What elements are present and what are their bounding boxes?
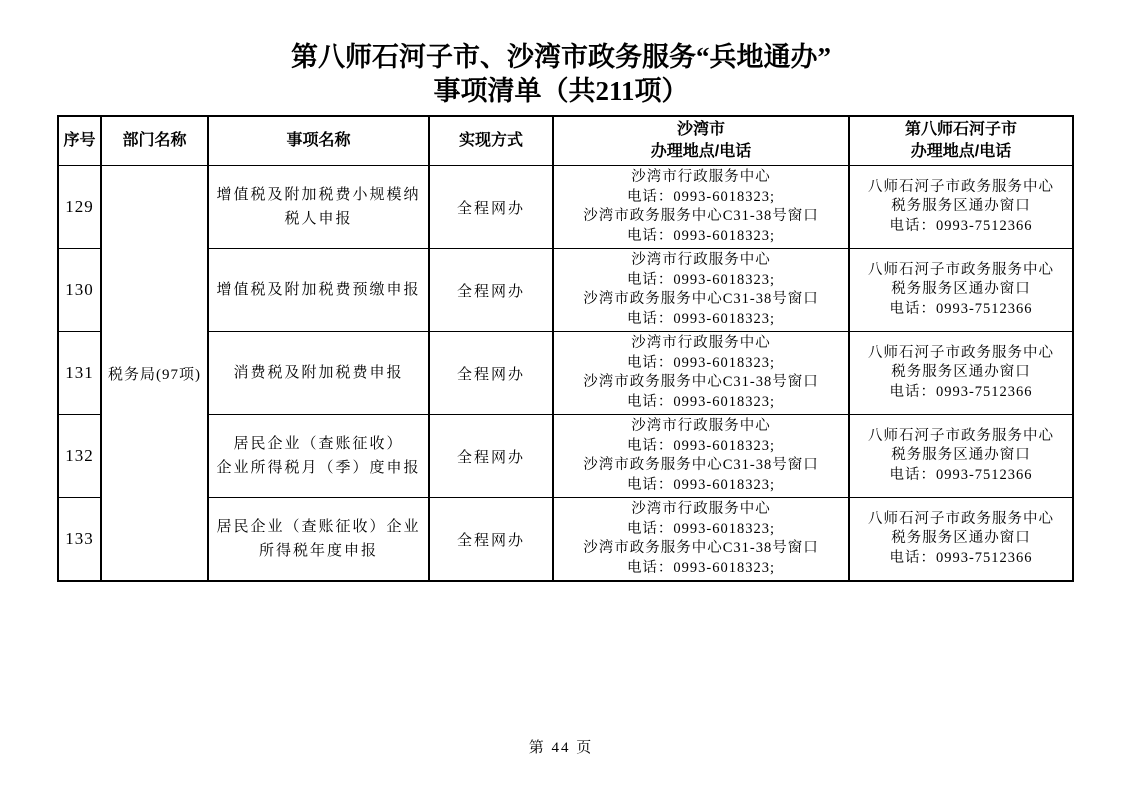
method-cell: 全程网办	[429, 498, 553, 582]
row-index: 130	[58, 249, 101, 332]
header-shawan: 沙湾市 办理地点/电话	[553, 116, 849, 166]
header-shihezi: 第八师石河子市 办理地点/电话	[849, 116, 1073, 166]
header-index: 序号	[58, 116, 101, 166]
item-name-cell: 增值税及附加税费小规模纳 税人申报	[208, 166, 429, 249]
shawan-location-cell: 沙湾市行政服务中心 电话：0993-6018323; 沙湾市政务服务中心C31-…	[553, 415, 849, 498]
shihezi-location-cell: 八师石河子市政务服务中心 税务服务区通办窗口 电话：0993-7512366	[849, 249, 1073, 332]
table-row: 129 税务局(97项) 增值税及附加税费小规模纳 税人申报 全程网办 沙湾市行…	[58, 166, 1073, 249]
item-name-cell: 消费税及附加税费申报	[208, 332, 429, 415]
item-name-cell: 增值税及附加税费预缴申报	[208, 249, 429, 332]
shihezi-location-cell: 八师石河子市政务服务中心 税务服务区通办窗口 电话：0993-7512366	[849, 332, 1073, 415]
shawan-location-cell: 沙湾市行政服务中心 电话：0993-6018323; 沙湾市政务服务中心C31-…	[553, 249, 849, 332]
item-name-cell: 居民企业（查账征收）企业 所得税年度申报	[208, 498, 429, 582]
page-number: 第 44 页	[0, 736, 1122, 757]
document-title-line1: 第八师石河子市、沙湾市政务服务“兵地通办”	[0, 40, 1122, 74]
document-title-line2: 事项清单（共211项）	[0, 74, 1122, 108]
shawan-location-cell: 沙湾市行政服务中心 电话：0993-6018323; 沙湾市政务服务中心C31-…	[553, 166, 849, 249]
table-row: 132 居民企业（查账征收） 企业所得税月（季）度申报 全程网办 沙湾市行政服务…	[58, 415, 1073, 498]
item-name-cell: 居民企业（查账征收） 企业所得税月（季）度申报	[208, 415, 429, 498]
department-cell: 税务局(97项)	[101, 166, 208, 582]
document-page: 第八师石河子市、沙湾市政务服务“兵地通办” 事项清单（共211项） 序号 部门名…	[0, 0, 1122, 793]
shihezi-location-cell: 八师石河子市政务服务中心 税务服务区通办窗口 电话：0993-7512366	[849, 498, 1073, 582]
table-row: 130 增值税及附加税费预缴申报 全程网办 沙湾市行政服务中心 电话：0993-…	[58, 249, 1073, 332]
header-department: 部门名称	[101, 116, 208, 166]
shawan-location-cell: 沙湾市行政服务中心 电话：0993-6018323; 沙湾市政务服务中心C31-…	[553, 332, 849, 415]
method-cell: 全程网办	[429, 415, 553, 498]
row-index: 133	[58, 498, 101, 582]
shihezi-location-cell: 八师石河子市政务服务中心 税务服务区通办窗口 电话：0993-7512366	[849, 166, 1073, 249]
row-index: 131	[58, 332, 101, 415]
shawan-location-cell: 沙湾市行政服务中心 电话：0993-6018323; 沙湾市政务服务中心C31-…	[553, 498, 849, 582]
shihezi-location-cell: 八师石河子市政务服务中心 税务服务区通办窗口 电话：0993-7512366	[849, 415, 1073, 498]
items-table: 序号 部门名称 事项名称 实现方式 沙湾市 办理地点/电话 第八师石河子市 办理…	[57, 115, 1074, 582]
method-cell: 全程网办	[429, 249, 553, 332]
method-cell: 全程网办	[429, 332, 553, 415]
row-index: 129	[58, 166, 101, 249]
table-row: 131 消费税及附加税费申报 全程网办 沙湾市行政服务中心 电话：0993-60…	[58, 332, 1073, 415]
header-item: 事项名称	[208, 116, 429, 166]
row-index: 132	[58, 415, 101, 498]
method-cell: 全程网办	[429, 166, 553, 249]
table-row: 133 居民企业（查账征收）企业 所得税年度申报 全程网办 沙湾市行政服务中心 …	[58, 498, 1073, 582]
header-method: 实现方式	[429, 116, 553, 166]
table-header-row: 序号 部门名称 事项名称 实现方式 沙湾市 办理地点/电话 第八师石河子市 办理…	[58, 116, 1073, 166]
document-title: 第八师石河子市、沙湾市政务服务“兵地通办” 事项清单（共211项）	[0, 40, 1122, 108]
